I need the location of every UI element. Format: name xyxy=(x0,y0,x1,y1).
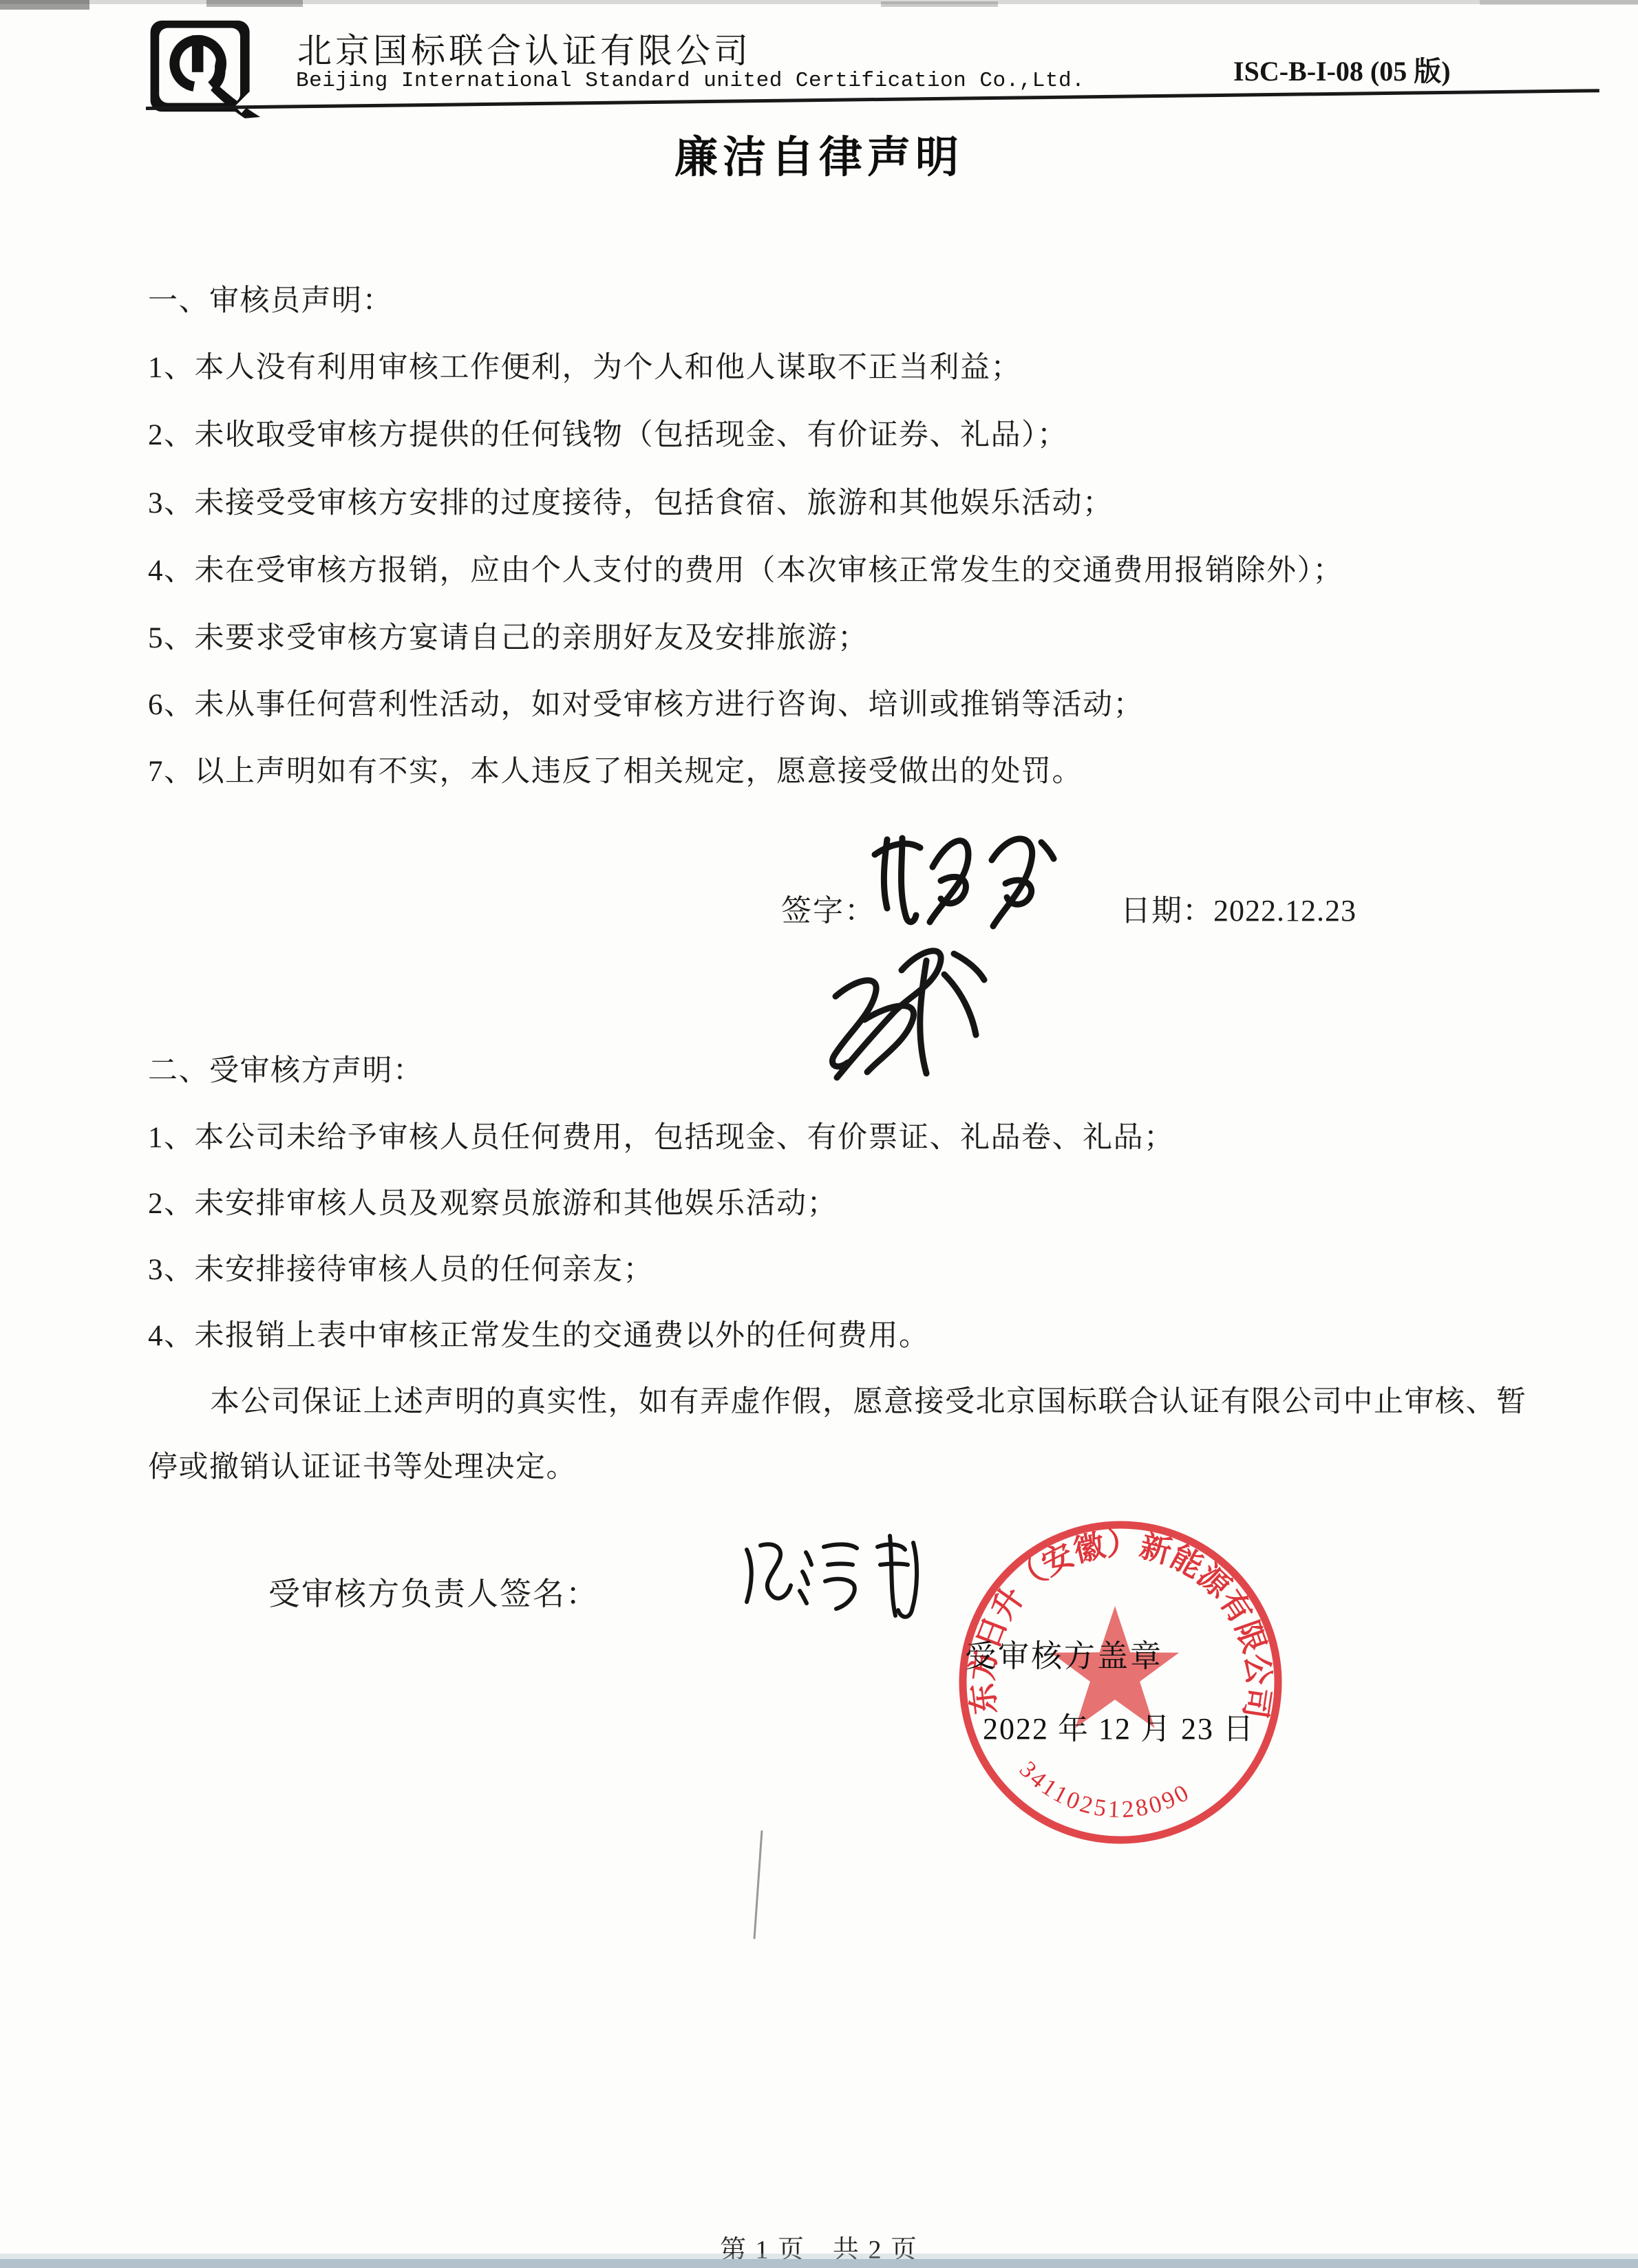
closing-paragraph-line1: 本公司保证上述声明的真实性，如有弄虚作假，愿意接受北京国标联合认证有限公司中止审… xyxy=(210,1378,1527,1420)
auditee-stamp-date: 2022 年 12 月 23 日 xyxy=(983,1704,1255,1748)
date-value: 2022.12.23 xyxy=(1213,894,1357,928)
scan-artifact xyxy=(1480,0,1638,5)
auditor-signature-scrawl xyxy=(798,930,1025,1092)
stamp-serial-number: 3411025128090 xyxy=(1014,1756,1195,1823)
scan-hairline-artifact xyxy=(753,1830,763,1939)
section1-item: 6、未从事任何营利性活动，如对受审核方进行咨询、培训或推销等活动； xyxy=(148,681,1144,723)
document-title: 廉洁自律声明 xyxy=(674,122,964,185)
closing-paragraph-line2: 停或撤销认证证书等处理决定。 xyxy=(148,1444,577,1486)
scan-artifact xyxy=(0,0,89,10)
section2-heading: 二、受审核方声明： xyxy=(148,1047,424,1089)
svg-text:3411025128090: 3411025128090 xyxy=(1014,1756,1195,1823)
section1-item: 4、未在受审核方报销，应由个人支付的费用（本次审核正常发生的交通费用报销除外）； xyxy=(148,547,1343,589)
header-company-name-en: Beijing International Standard united Ce… xyxy=(296,69,1085,93)
auditee-stamp-label: 受审核方盖章 xyxy=(965,1631,1163,1676)
auditee-sign-label: 受审核方负责人签名： xyxy=(268,1569,599,1614)
scanned-document-page: 北京国标联合认证有限公司 Beijing International Stand… xyxy=(0,0,1638,2268)
auditor-sign-label: 签字： xyxy=(781,886,876,930)
scan-artifact xyxy=(881,1,998,7)
section2-item: 2、未安排审核人员及观察员旅游和其他娱乐活动； xyxy=(148,1180,838,1222)
auditor-date-row: 日期：2022.12.23 xyxy=(1120,886,1357,930)
company-seal-stamp: 东方日升（安徽）新能源有限公司 3411025128090 xyxy=(955,1517,1286,1848)
section1-item: 5、未要求受审核方宴请自己的亲朋好友及安排旅游； xyxy=(148,614,869,656)
section1-item: 3、未接受受审核方安排的过度接待，包括食宿、旅游和其他娱乐活动； xyxy=(148,480,1114,522)
section1-heading: 一、审核员声明： xyxy=(148,277,393,319)
form-number: ISC-B-I-08 (05 版) xyxy=(1233,50,1451,89)
scan-artifact xyxy=(206,0,303,7)
section2-item: 1、本公司未给予审核人员任何费用，包括现金、有价票证、礼品卷、礼品； xyxy=(148,1114,1175,1156)
scan-edge xyxy=(0,2259,1638,2268)
section2-item: 3、未安排接待审核人员的任何亲友； xyxy=(148,1246,654,1288)
auditee-signature-handwriting xyxy=(732,1521,938,1627)
section1-item: 2、未收取受审核方提供的任何钱物（包括现金、有价证券、礼品）； xyxy=(148,411,1068,453)
certification-logo-icon xyxy=(147,18,282,118)
header-company-name-zh: 北京国标联合认证有限公司 xyxy=(297,23,752,73)
section1-item: 7、以上声明如有不实，本人违反了相关规定，愿意接受做出的处罚。 xyxy=(148,748,1083,790)
section2-item: 4、未报销上表中审核正常发生的交通费以外的任何费用。 xyxy=(148,1312,930,1354)
section1-item: 1、本人没有利用审核工作便利，为个人和他人谋取不正当利益； xyxy=(148,344,1021,386)
date-label: 日期： xyxy=(1120,894,1213,928)
auditor-signature-handwriting xyxy=(864,817,1091,938)
